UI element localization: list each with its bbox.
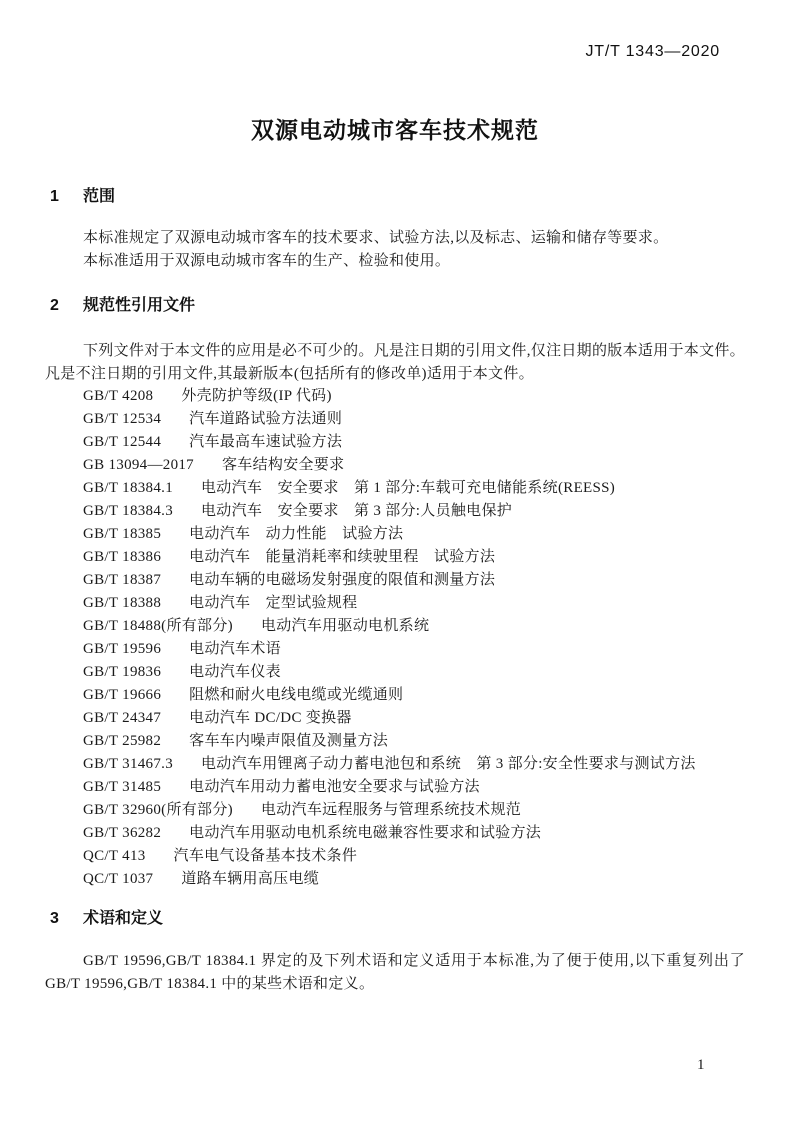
reference-item: GB/T 31467.3电动汽车用锂离子动力蓄电池包和系统 第 3 部分:安全性…	[83, 753, 750, 776]
reference-title: 汽车最高车速试验方法	[189, 434, 342, 450]
reference-item: QC/T 1037道路车辆用高压电缆	[83, 868, 750, 891]
reference-code: QC/T 413	[83, 848, 146, 864]
reference-code: GB/T 25982	[83, 733, 161, 749]
reference-title: 电动汽车用动力蓄电池安全要求与试验方法	[189, 779, 480, 795]
reference-title: 阻燃和耐火电线电缆或光缆通则	[189, 687, 403, 703]
reference-title: 电动汽车 安全要求 第 1 部分:车载可充电储能系统(REESS)	[201, 480, 615, 496]
reference-item: GB/T 18384.1电动汽车 安全要求 第 1 部分:车载可充电储能系统(R…	[83, 477, 750, 500]
section-heading-text: 规范性引用文件	[83, 297, 195, 314]
reference-title: 电动汽车远程服务与管理系统技术规范	[261, 802, 521, 818]
reference-title: 电动汽车用锂离子动力蓄电池包和系统 第 3 部分:安全性要求与测试方法	[201, 756, 696, 772]
reference-code: GB/T 31485	[83, 779, 161, 795]
reference-code: GB 13094—2017	[83, 457, 194, 473]
reference-code: GB/T 18384.3	[83, 503, 173, 519]
reference-title: 电动汽车用驱动电机系统	[261, 618, 429, 634]
reference-code: GB/T 19666	[83, 687, 161, 703]
reference-title: 电动汽车 DC/DC 变换器	[189, 710, 352, 726]
section-references-intro: 下列文件对于本文件的应用是必不可少的。凡是注日期的引用文件,仅注日期的版本适用于…	[45, 340, 745, 386]
reference-title: 道路车辆用高压电缆	[181, 871, 319, 887]
standard-number: JT/T 1343—2020	[585, 43, 720, 61]
reference-code: GB/T 4208	[83, 388, 153, 404]
reference-item: GB/T 18385电动汽车 动力性能 试验方法	[83, 523, 750, 546]
section-scope-body: 本标准规定了双源电动城市客车的技术要求、试验方法,以及标志、运输和储存等要求。 …	[45, 227, 745, 273]
section-heading-text: 范围	[83, 188, 115, 205]
reference-code: GB/T 18387	[83, 572, 161, 588]
reference-item: GB/T 18488(所有部分)电动汽车用驱动电机系统	[83, 615, 750, 638]
reference-code: GB/T 18386	[83, 549, 161, 565]
reference-item: GB/T 18388电动汽车 定型试验规程	[83, 592, 750, 615]
reference-item: GB/T 18387电动车辆的电磁场发射强度的限值和测量方法	[83, 569, 750, 592]
reference-title: 电动汽车 能量消耗率和续驶里程 试验方法	[189, 549, 495, 565]
reference-code: GB/T 31467.3	[83, 756, 173, 772]
reference-code: GB/T 12534	[83, 411, 161, 427]
reference-item: GB/T 32960(所有部分)电动汽车远程服务与管理系统技术规范	[83, 799, 750, 822]
reference-item: GB/T 36282电动汽车用驱动电机系统电磁兼容性要求和试验方法	[83, 822, 750, 845]
reference-item: GB/T 31485电动汽车用动力蓄电池安全要求与试验方法	[83, 776, 750, 799]
reference-item: QC/T 413汽车电气设备基本技术条件	[83, 845, 750, 868]
reference-code: GB/T 18488(所有部分)	[83, 618, 233, 634]
reference-title: 外壳防护等级(IP 代码)	[181, 388, 331, 404]
reference-code: GB/T 24347	[83, 710, 161, 726]
paragraph: 下列文件对于本文件的应用是必不可少的。凡是注日期的引用文件,仅注日期的版本适用于…	[45, 340, 745, 386]
reference-item: GB/T 12544汽车最高车速试验方法	[83, 431, 750, 454]
section-heading-normative-references: 2规范性引用文件	[50, 297, 195, 314]
reference-title: 汽车道路试验方法通则	[189, 411, 342, 427]
section-heading-text: 术语和定义	[83, 910, 163, 927]
reference-title: 电动汽车仪表	[189, 664, 281, 680]
reference-code: GB/T 18385	[83, 526, 161, 542]
reference-item: GB/T 19596电动汽车术语	[83, 638, 750, 661]
page-title: 双源电动城市客车技术规范	[0, 112, 790, 145]
reference-code: GB/T 36282	[83, 825, 161, 841]
reference-code: GB/T 18384.1	[83, 480, 173, 496]
reference-item: GB/T 19666阻燃和耐火电线电缆或光缆通则	[83, 684, 750, 707]
section-number: 2	[50, 297, 83, 314]
reference-item: GB/T 18384.3电动汽车 安全要求 第 3 部分:人员触电保护	[83, 500, 750, 523]
reference-item: GB/T 19836电动汽车仪表	[83, 661, 750, 684]
reference-code: GB/T 18388	[83, 595, 161, 611]
reference-item: GB/T 24347电动汽车 DC/DC 变换器	[83, 707, 750, 730]
reference-title: 电动汽车 定型试验规程	[189, 595, 357, 611]
section-terms-body: GB/T 19596,GB/T 18384.1 界定的及下列术语和定义适用于本标…	[45, 950, 745, 996]
reference-title: 电动汽车用驱动电机系统电磁兼容性要求和试验方法	[189, 825, 541, 841]
reference-title: 电动汽车 动力性能 试验方法	[189, 526, 403, 542]
reference-item: GB 13094—2017客车结构安全要求	[83, 454, 750, 477]
reference-code: QC/T 1037	[83, 871, 153, 887]
paragraph: GB/T 19596,GB/T 18384.1 界定的及下列术语和定义适用于本标…	[45, 950, 745, 996]
paragraph: 本标准适用于双源电动城市客车的生产、检验和使用。	[45, 250, 745, 273]
reference-code: GB/T 19836	[83, 664, 161, 680]
reference-item: GB/T 18386电动汽车 能量消耗率和续驶里程 试验方法	[83, 546, 750, 569]
reference-code: GB/T 19596	[83, 641, 161, 657]
reference-title: 客车车内噪声限值及测量方法	[189, 733, 388, 749]
reference-title: 电动车辆的电磁场发射强度的限值和测量方法	[189, 572, 495, 588]
reference-item: GB/T 25982客车车内噪声限值及测量方法	[83, 730, 750, 753]
reference-list: GB/T 4208外壳防护等级(IP 代码)GB/T 12534汽车道路试验方法…	[83, 385, 750, 891]
paragraph: 本标准规定了双源电动城市客车的技术要求、试验方法,以及标志、运输和储存等要求。	[45, 227, 745, 250]
page-number: 1	[697, 1056, 705, 1074]
section-heading-terms-definitions: 3术语和定义	[50, 910, 163, 927]
reference-code: GB/T 12544	[83, 434, 161, 450]
reference-code: GB/T 32960(所有部分)	[83, 802, 233, 818]
reference-title: 汽车电气设备基本技术条件	[174, 848, 358, 864]
reference-title: 电动汽车术语	[189, 641, 281, 657]
section-number: 3	[50, 910, 83, 927]
reference-item: GB/T 12534汽车道路试验方法通则	[83, 408, 750, 431]
reference-item: GB/T 4208外壳防护等级(IP 代码)	[83, 385, 750, 408]
section-heading-scope: 1范围	[50, 188, 115, 205]
reference-title: 客车结构安全要求	[222, 457, 344, 473]
section-number: 1	[50, 188, 83, 205]
reference-title: 电动汽车 安全要求 第 3 部分:人员触电保护	[201, 503, 512, 519]
